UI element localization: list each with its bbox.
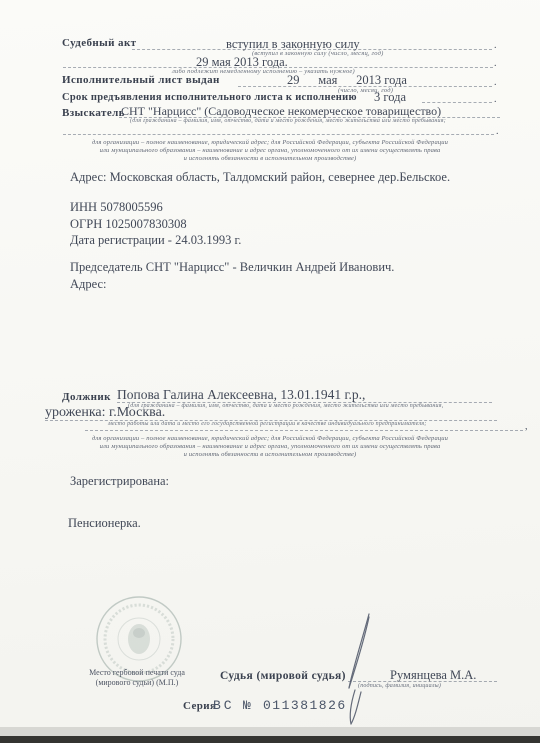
org-hint-line: и исполнять обязанности в исполнительном…: [0, 155, 540, 163]
org-hint-line: или муниципального образования – наимено…: [0, 147, 540, 155]
claimant-value: СНТ "Нарцисс" (Садоводческое некомерческ…: [121, 104, 441, 119]
debtor-occupation: Пенсионерка.: [68, 516, 141, 531]
form-line: [63, 134, 494, 135]
chairman-address-label: Адрес:: [70, 277, 107, 292]
end-punctuation: .: [494, 94, 497, 105]
debtor-birthplace: уроженка: г.Москва.: [45, 405, 165, 421]
form-line: [422, 102, 492, 103]
presentation-term-value: 3 года: [374, 90, 406, 105]
claimant-citizen-hint: (для гражданина – фамилия, имя, отчество…: [130, 118, 446, 124]
presentation-term-label: Срок предъявления исполнительного листа …: [62, 92, 357, 103]
scan-edge-dark-band: [0, 736, 540, 743]
end-punctuation: ,: [525, 421, 528, 432]
number-sign: №: [243, 698, 251, 713]
writ-issued-label: Исполнительный лист выдан: [62, 74, 220, 86]
end-punctuation: .: [494, 40, 497, 51]
debtor-registered-label: Зарегистрирована:: [70, 474, 169, 489]
claimant-address: Адрес: Московская область, Талдомский ра…: [70, 170, 450, 185]
debtor-name: Попова Галина Алексеевна, 13.01.1941 г.р…: [117, 387, 365, 403]
org-hint-line: и исполнять обязанности в исполнительном…: [0, 451, 540, 459]
claimant-inn: ИНН 5078005596: [70, 200, 163, 215]
debtor-label: Должник: [62, 391, 111, 403]
scanned-writ-of-execution-document: Судебный акт вступил в законную силу . (…: [0, 0, 540, 743]
end-punctuation: .: [496, 126, 499, 137]
series-value: ВС: [213, 698, 235, 713]
form-line: [85, 430, 523, 431]
judge-label: Судья (мировой судья): [220, 670, 346, 682]
debtor-citizen-hint: (для гражданина – фамилия, имя, отчество…: [128, 403, 443, 409]
debtor-work-hint: место работы или дата и место его госуда…: [108, 421, 426, 427]
claimant-ogrn: ОГРН 1025007830308: [70, 217, 187, 232]
claimant-registration-date: Дата регистрации - 24.03.1993 г.: [70, 233, 241, 248]
org-hint-line: для организации – полное наименование, ю…: [0, 435, 540, 443]
org-hint-line: для организации – полное наименование, ю…: [0, 139, 540, 147]
debtor-org-hint-block: для организации – полное наименование, ю…: [0, 435, 540, 459]
court-act-label: Судебный акт: [62, 37, 136, 49]
seal-caption-line2: (мирового судьи) (М.П.): [66, 678, 208, 688]
writ-issue-date: 29 мая 2013 года: [287, 73, 407, 88]
claimant-chairman: Председатель СНТ "Нарцисс" - Величкин Ан…: [70, 260, 394, 275]
end-punctuation: .: [494, 58, 497, 69]
judge-name: Румянцева М.А.: [390, 668, 476, 683]
seal-place-caption: Место гербовой печати суда (мирового суд…: [66, 668, 208, 687]
claimant-org-hint-block: для организации – полное наименование, ю…: [0, 139, 540, 163]
seal-caption-line1: Место гербовой печати суда: [66, 668, 208, 678]
end-punctuation: .: [494, 77, 497, 88]
serial-number: 011381826: [263, 698, 347, 713]
scan-edge-light-band: [0, 727, 540, 736]
claimant-label: Взыскатель: [62, 107, 125, 119]
org-hint-line: или муниципального образования – наимено…: [0, 443, 540, 451]
series-label: Серия: [183, 700, 216, 712]
